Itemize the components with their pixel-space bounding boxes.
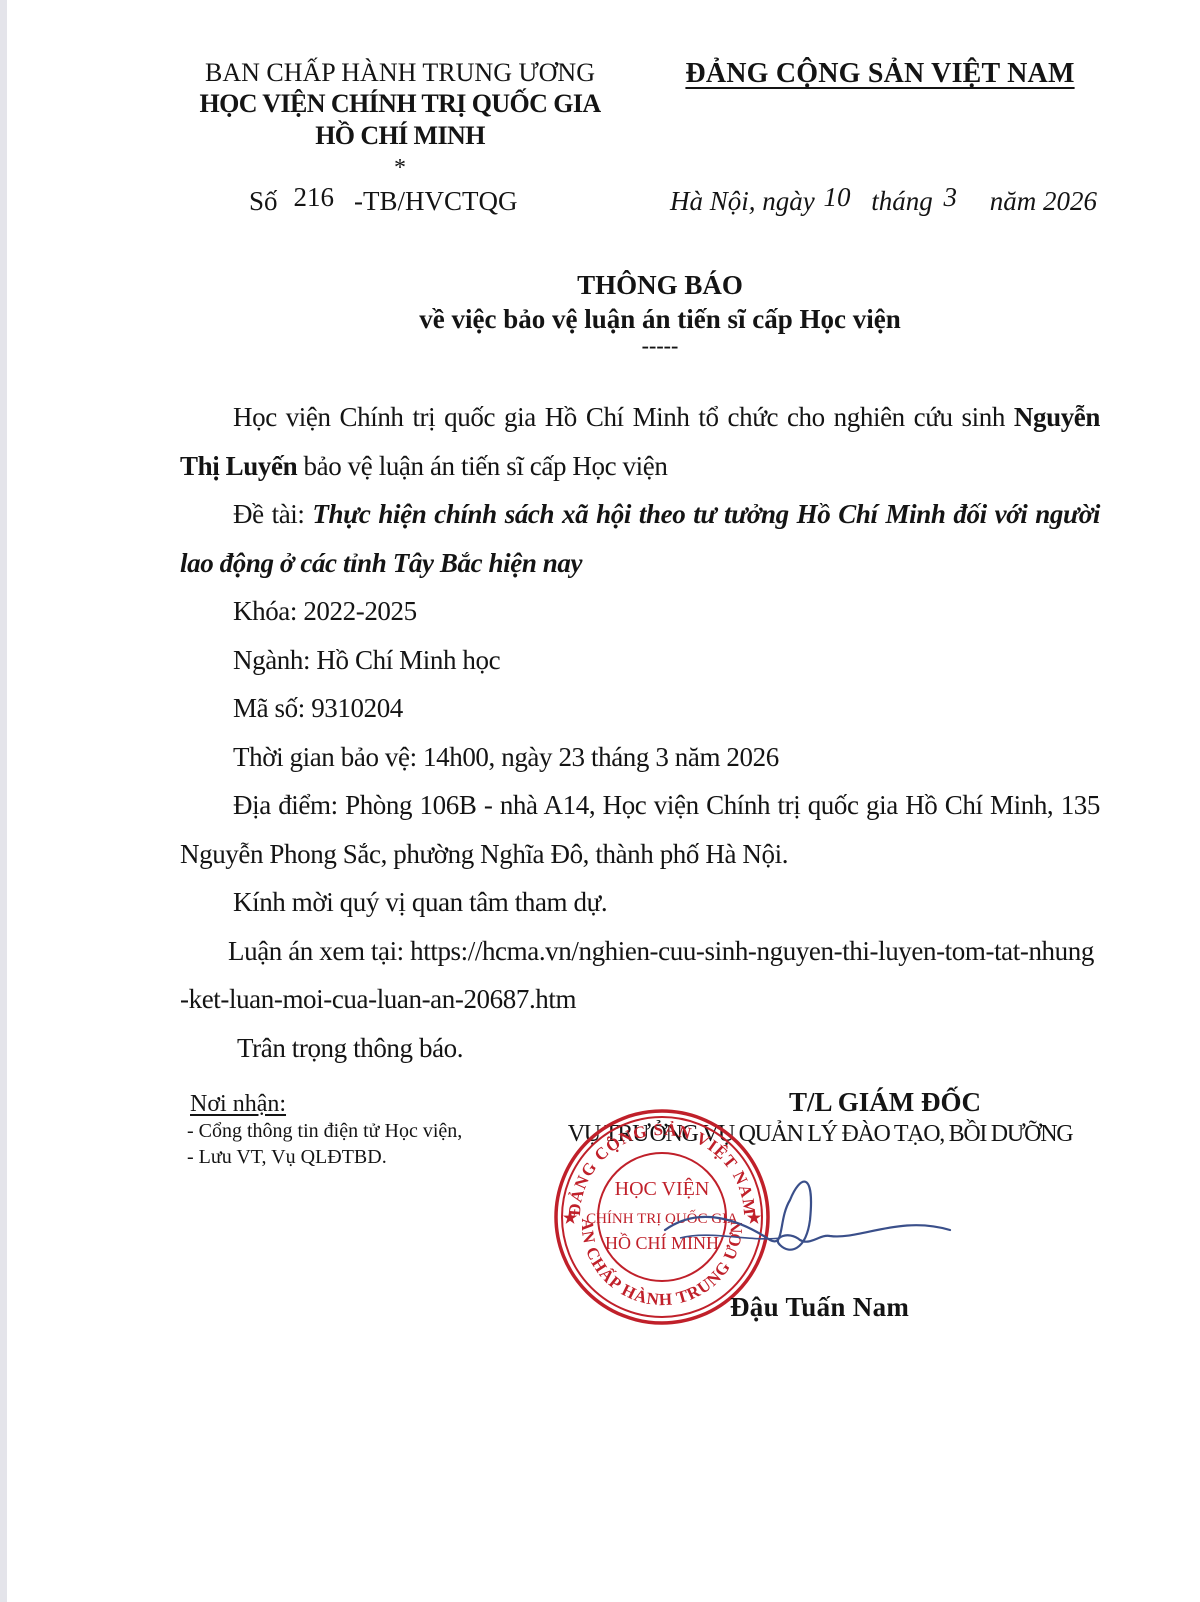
- org-line-2: HỌC VIỆN CHÍNH TRỊ QUỐC GIA: [170, 88, 630, 120]
- thesis-topic: Thực hiện chính sách xã hội theo tư tưởn…: [180, 499, 1100, 578]
- doc-number-prefix: Số: [249, 186, 278, 216]
- intro-text-after: bảo vệ luận án tiến sĩ cấp Học viện: [297, 451, 667, 481]
- party-header: ĐẢNG CỘNG SẢN VIỆT NAM: [660, 58, 1100, 90]
- issuing-organization: BAN CHẤP HÀNH TRUNG ƯƠNG HỌC VIỆN CHÍNH …: [170, 58, 630, 178]
- notice-title-block: THÔNG BÁO về việc bảo vệ luận án tiến sĩ…: [350, 268, 970, 356]
- closing: Trân trọng thông báo.: [180, 1024, 1100, 1073]
- thesis-link-paragraph: Luận án xem tại: https://hcma.vn/nghien-…: [180, 927, 1100, 1024]
- title-separator: -----: [350, 336, 970, 356]
- recipient-item: - Cổng thông tin điện tử Học viện,: [187, 1118, 462, 1144]
- intro-paragraph: Học viện Chính trị quốc gia Hồ Chí Minh …: [180, 393, 1100, 490]
- document-date: Hà Nội, ngày 10 tháng 3 năm 2026: [670, 186, 1097, 217]
- org-star: *: [170, 158, 630, 178]
- major: Ngành: Hồ Chí Minh học: [180, 636, 1100, 685]
- party-name: ĐẢNG CỘNG SẢN VIỆT NAM: [660, 58, 1100, 90]
- invitation: Kính mời quý vị quan tâm tham dự.: [180, 878, 1100, 927]
- signer-name: Đậu Tuấn Nam: [730, 1292, 909, 1323]
- doc-number-value: 216: [294, 182, 335, 212]
- org-line-1: BAN CHẤP HÀNH TRUNG ƯƠNG: [170, 58, 630, 88]
- course: Khóa: 2022-2025: [180, 587, 1100, 636]
- link-label: Luận án xem tại:: [228, 936, 410, 966]
- topic-label: Đề tài:: [233, 499, 312, 529]
- date-place: Hà Nội, ngày: [670, 186, 815, 216]
- date-month-label: tháng: [871, 186, 933, 216]
- date-year: năm 2026: [990, 186, 1097, 216]
- svg-text:★: ★: [563, 1210, 578, 1227]
- org-line-3: HỒ CHÍ MINH: [170, 120, 630, 152]
- topic-paragraph: Đề tài: Thực hiện chính sách xã hội theo…: [180, 490, 1100, 587]
- notice-body: Học viện Chính trị quốc gia Hồ Chí Minh …: [180, 393, 1100, 1072]
- date-month: 3: [944, 182, 958, 212]
- defense-location: Địa điểm: Phòng 106B - nhà A14, Học viện…: [180, 781, 1100, 878]
- document-number: Số216-TB/HVCTQG: [249, 186, 518, 217]
- major-code: Mã số: 9310204: [180, 684, 1100, 733]
- notice-subtitle: về việc bảo vệ luận án tiến sĩ cấp Học v…: [350, 302, 970, 336]
- intro-text: Học viện Chính trị quốc gia Hồ Chí Minh …: [233, 402, 1014, 432]
- defense-time: Thời gian bảo vệ: 14h00, ngày 23 tháng 3…: [180, 733, 1100, 782]
- doc-number-suffix: -TB/HVCTQG: [354, 186, 518, 216]
- handwritten-signature-icon: [660, 1160, 960, 1280]
- page-edge: [0, 0, 7, 1602]
- recipient-item: - Lưu VT, Vụ QLĐTBD.: [187, 1144, 462, 1170]
- notice-title: THÔNG BÁO: [350, 268, 970, 302]
- date-day: 10: [824, 182, 851, 212]
- recipients-title: Nơi nhận:: [190, 1090, 462, 1118]
- recipients-block: Nơi nhận: - Cổng thông tin điện tử Học v…: [190, 1090, 462, 1170]
